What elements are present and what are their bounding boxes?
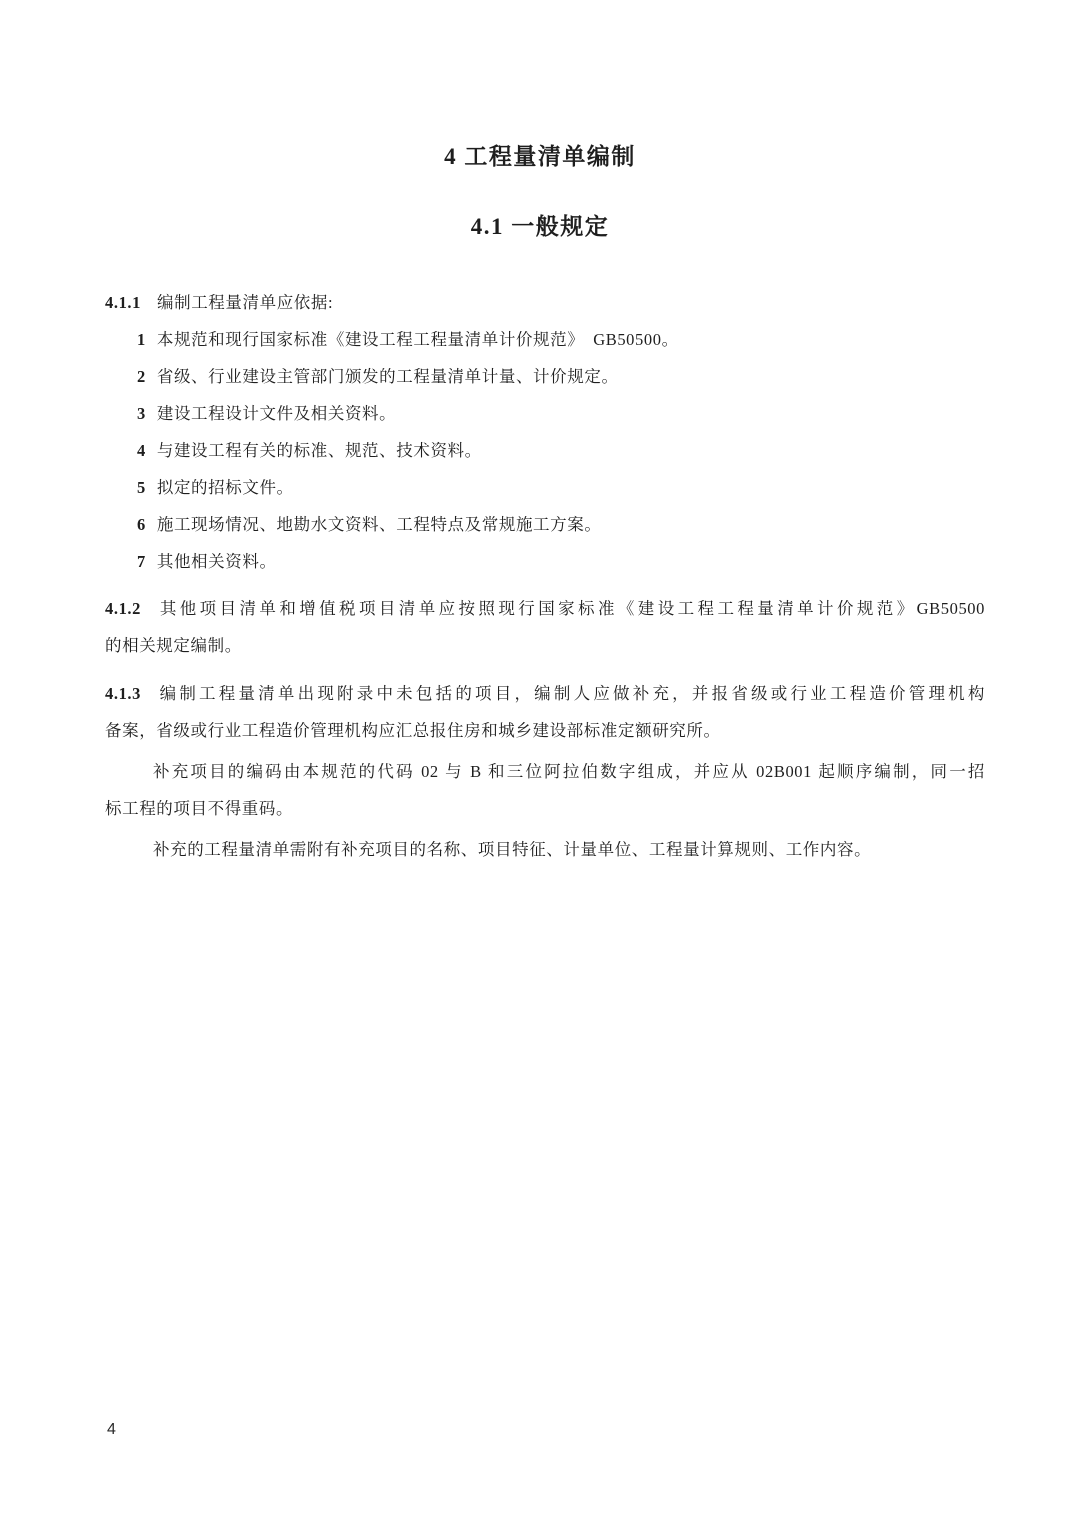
paragraph-line: 标工程的项目不得重码。 xyxy=(105,790,985,827)
clause-line: 4.1.2其他项目清单和增值税项目清单应按照现行国家标准《建设工程工程量清单计价… xyxy=(105,590,985,627)
clause-text: 其他项目清单和增值税项目清单应按照现行国家标准《建设工程工程量清单计价规范》GB… xyxy=(157,599,985,618)
list-item: 7其他相关资料。 xyxy=(137,543,985,580)
clause-text: 编制工程量清单出现附录中未包括的项目，编制人应做补充，并报省级或行业工程造价管理… xyxy=(157,684,985,703)
list-item: 3建设工程设计文件及相关资料。 xyxy=(137,395,985,432)
clause-line: 4.1.3编制工程量清单出现附录中未包括的项目，编制人应做补充，并报省级或行业工… xyxy=(105,675,985,712)
list-item: 5拟定的招标文件。 xyxy=(137,469,985,506)
item-number: 3 xyxy=(137,404,146,423)
paragraph-supplement-code: 补充项目的编码由本规范的代码 02 与 B 和三位阿拉伯数字组成，并应从 02B… xyxy=(105,753,985,827)
item-text: 与建设工程有关的标准、规范、技术资料。 xyxy=(157,441,482,460)
clause-line: 备案，省级或行业工程造价管理机构应汇总报住房和城乡建设部标准定额研究所。 xyxy=(105,712,985,749)
paragraph-line: 补充项目的编码由本规范的代码 02 与 B 和三位阿拉伯数字组成，并应从 02B… xyxy=(105,753,985,790)
clause-4-1-3: 4.1.3编制工程量清单出现附录中未包括的项目，编制人应做补充，并报省级或行业工… xyxy=(105,675,985,749)
item-text: 施工现场情况、地勘水文资料、工程特点及常规施工方案。 xyxy=(157,515,602,534)
item-number: 7 xyxy=(137,552,146,571)
document-body: 4.1.1编制工程量清单应依据: 1本规范和现行国家标准《建设工程工程量清单计价… xyxy=(0,242,1080,868)
item-number: 4 xyxy=(137,441,146,460)
list-item: 4与建设工程有关的标准、规范、技术资料。 xyxy=(137,432,985,469)
list-item: 2省级、行业建设主管部门颁发的工程量清单计量、计价规定。 xyxy=(137,358,985,395)
item-number: 1 xyxy=(137,330,146,349)
clause-number: 4.1.1 xyxy=(105,293,141,312)
clause-number: 4.1.2 xyxy=(105,599,141,618)
clause-4-1-2: 4.1.2其他项目清单和增值税项目清单应按照现行国家标准《建设工程工程量清单计价… xyxy=(105,590,985,664)
clause-text: 编制工程量清单应依据: xyxy=(157,293,333,312)
document-page: 4 工程量清单编制 4.1 一般规定 4.1.1编制工程量清单应依据: 1本规范… xyxy=(0,0,1080,1527)
clause-line: 的相关规定编制。 xyxy=(105,627,985,664)
clause-number: 4.1.3 xyxy=(105,684,141,703)
page-number: 4 xyxy=(107,1418,116,1442)
clause-4-1-1: 4.1.1编制工程量清单应依据: xyxy=(105,284,985,321)
item-text: 省级、行业建设主管部门颁发的工程量清单计量、计价规定。 xyxy=(157,367,619,386)
item-text: 建设工程设计文件及相关资料。 xyxy=(157,404,396,423)
item-number: 6 xyxy=(137,515,146,534)
section-title: 4.1 一般规定 xyxy=(0,212,1080,242)
dependency-list: 1本规范和现行国家标准《建设工程工程量清单计价规范》 GB50500。 2省级、… xyxy=(105,321,985,580)
item-text: 本规范和现行国家标准《建设工程工程量清单计价规范》 GB50500。 xyxy=(157,330,679,349)
item-text: 其他相关资料。 xyxy=(157,552,277,571)
item-number: 2 xyxy=(137,367,146,386)
list-item: 1本规范和现行国家标准《建设工程工程量清单计价规范》 GB50500。 xyxy=(137,321,985,358)
paragraph-supplement-list: 补充的工程量清单需附有补充项目的名称、项目特征、计量单位、工程量计算规则、工作内… xyxy=(105,831,985,868)
chapter-title: 4 工程量清单编制 xyxy=(0,0,1080,172)
item-number: 5 xyxy=(137,478,146,497)
list-item: 6施工现场情况、地勘水文资料、工程特点及常规施工方案。 xyxy=(137,506,985,543)
item-text: 拟定的招标文件。 xyxy=(157,478,294,497)
